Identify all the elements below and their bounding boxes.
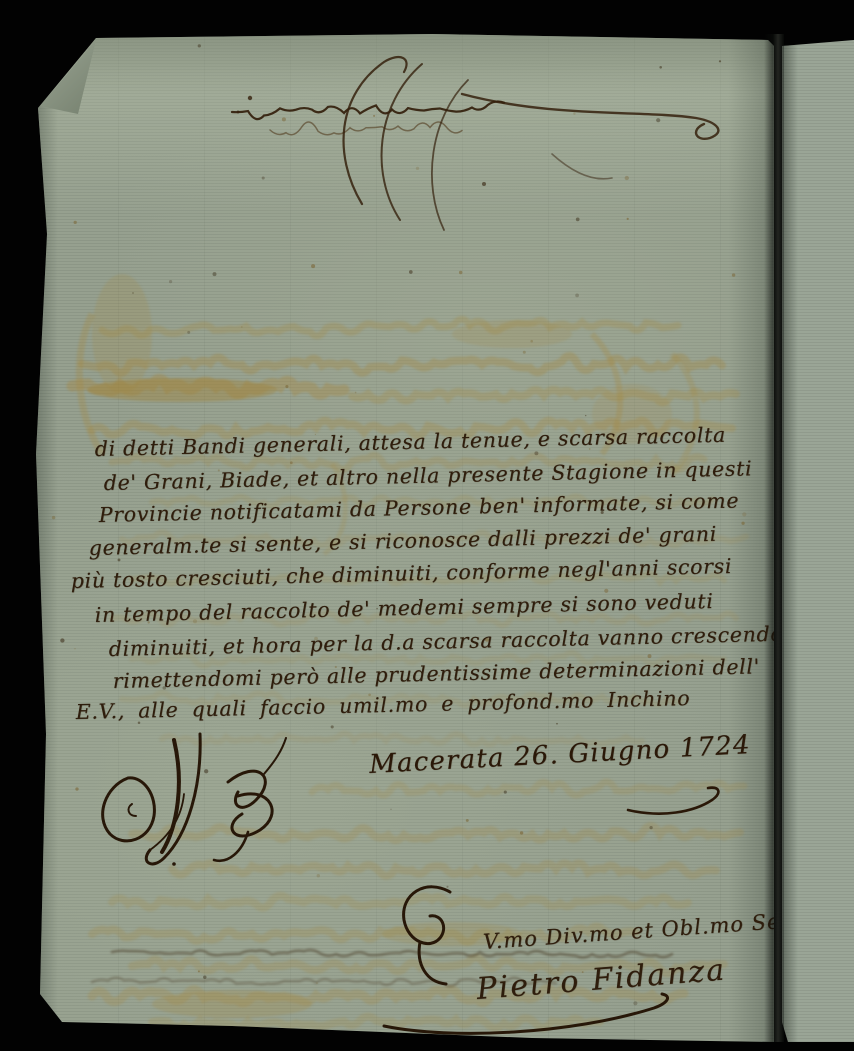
scan-background: di detti Bandi generali, attesa la tenue… bbox=[0, 0, 854, 1051]
adjacent-page-edge bbox=[782, 40, 854, 1042]
binding-gutter-shadow bbox=[764, 34, 784, 1042]
signature-underline-flourish bbox=[32, 34, 774, 1042]
letter-page: di detti Bandi generali, attesa la tenue… bbox=[32, 34, 774, 1042]
